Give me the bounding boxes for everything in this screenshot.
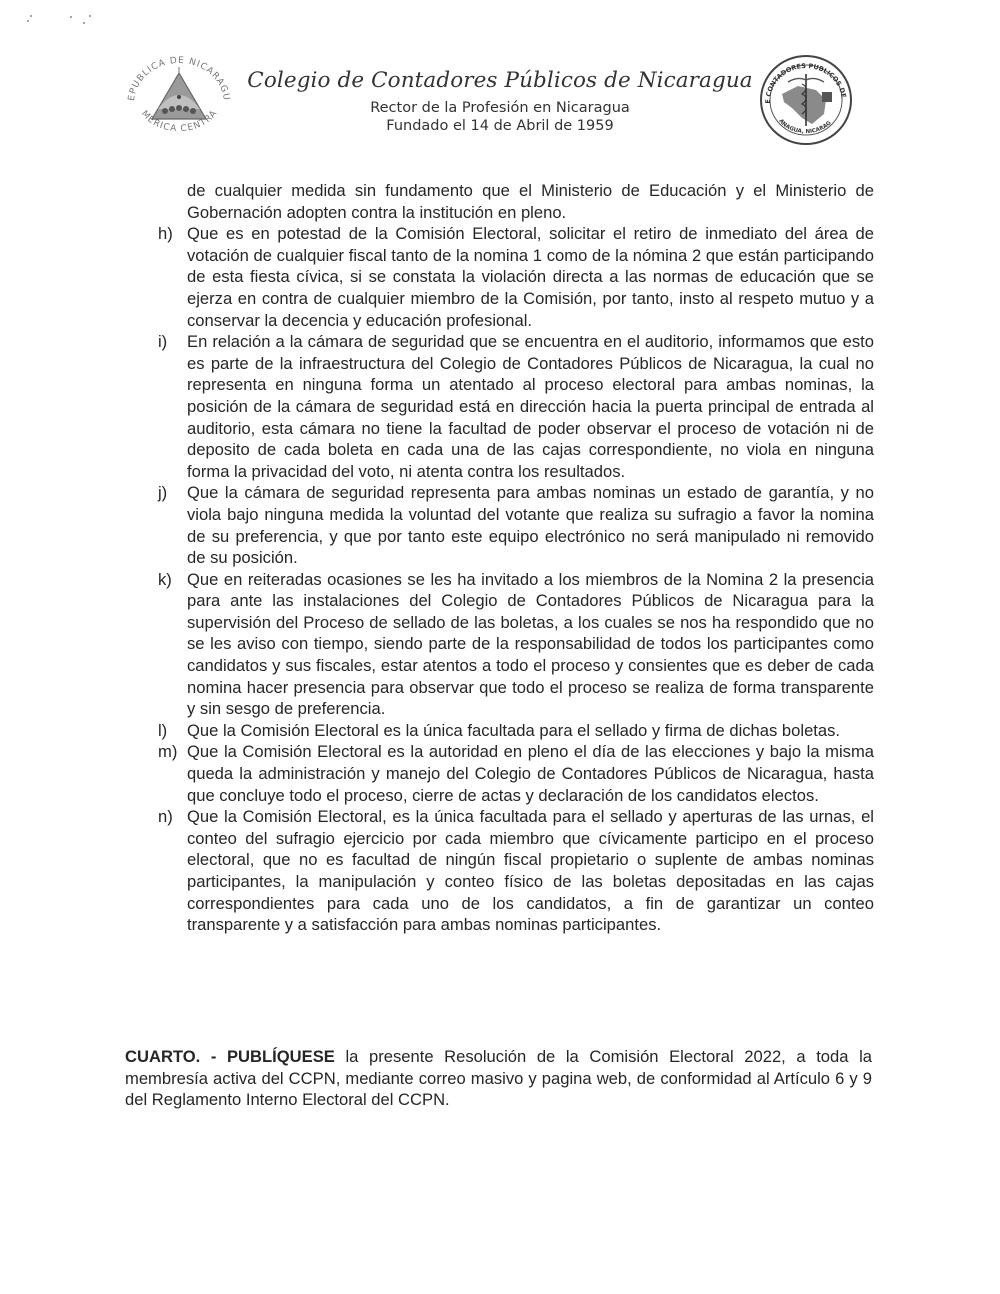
list-marker: m) bbox=[158, 741, 187, 806]
list-item-k: k) Que en reiteradas ocasiones se les ha… bbox=[158, 569, 874, 720]
list-item-text: Que la Comisión Electoral, es la única f… bbox=[187, 806, 874, 936]
org-title: Colegio de Contadores Públicos de Nicara… bbox=[240, 68, 760, 93]
list-item-j: j) Que la cámara de seguridad representa… bbox=[158, 482, 874, 568]
list-marker: l) bbox=[158, 720, 187, 742]
cuarto-paragraph: CUARTO. - PUBLÍQUESE la presente Resoluc… bbox=[125, 1046, 872, 1111]
list-marker: i) bbox=[158, 331, 187, 482]
list-item-l: l) Que la Comisión Electoral es la única… bbox=[158, 720, 874, 742]
cuarto-label: CUARTO. - PUBLÍQUESE bbox=[125, 1047, 335, 1066]
letterhead: REPUBLICA DE NICARAGUA AMERICA CENTRAL C… bbox=[0, 0, 1000, 170]
list-item-text: Que la Comisión Electoral es la autorida… bbox=[187, 741, 874, 806]
list-item-text: Que en reiteradas ocasiones se les ha in… bbox=[187, 569, 874, 720]
list-marker: j) bbox=[158, 482, 187, 568]
list-item-text: En relación a la cámara de seguridad que… bbox=[187, 331, 874, 482]
list-marker: n) bbox=[158, 806, 187, 936]
continuation-paragraph: de cualquier medida sin fundamento que e… bbox=[158, 180, 874, 223]
list-item-n: n) Que la Comisión Electoral, es la únic… bbox=[158, 806, 874, 936]
founding-date: Fundado el 14 de Abril de 1959 bbox=[240, 118, 760, 134]
list-item-m: m) Que la Comisión Electoral es la autor… bbox=[158, 741, 874, 806]
list-item-h: h) Que es en potestad de la Comisión Ele… bbox=[158, 223, 874, 331]
org-subtitle: Rector de la Profesión en Nicaragua bbox=[240, 100, 760, 116]
ccpn-seal-icon: COLEGIO DE CONTADORES PUBLICOS DE NICARA… bbox=[758, 52, 854, 148]
list-item-text: Que es en potestad de la Comisión Electo… bbox=[187, 223, 874, 331]
nicaragua-coat-of-arms-icon: REPUBLICA DE NICARAGUA AMERICA CENTRAL bbox=[120, 53, 238, 141]
list-item-text: Que la Comisión Electoral es la única fa… bbox=[187, 720, 874, 742]
list-item-text: Que la cámara de seguridad representa pa… bbox=[187, 482, 874, 568]
list-item-i: i) En relación a la cámara de seguridad … bbox=[158, 331, 874, 482]
list-marker: k) bbox=[158, 569, 187, 720]
resolution-body: de cualquier medida sin fundamento que e… bbox=[158, 180, 874, 936]
list-marker: h) bbox=[158, 223, 187, 331]
